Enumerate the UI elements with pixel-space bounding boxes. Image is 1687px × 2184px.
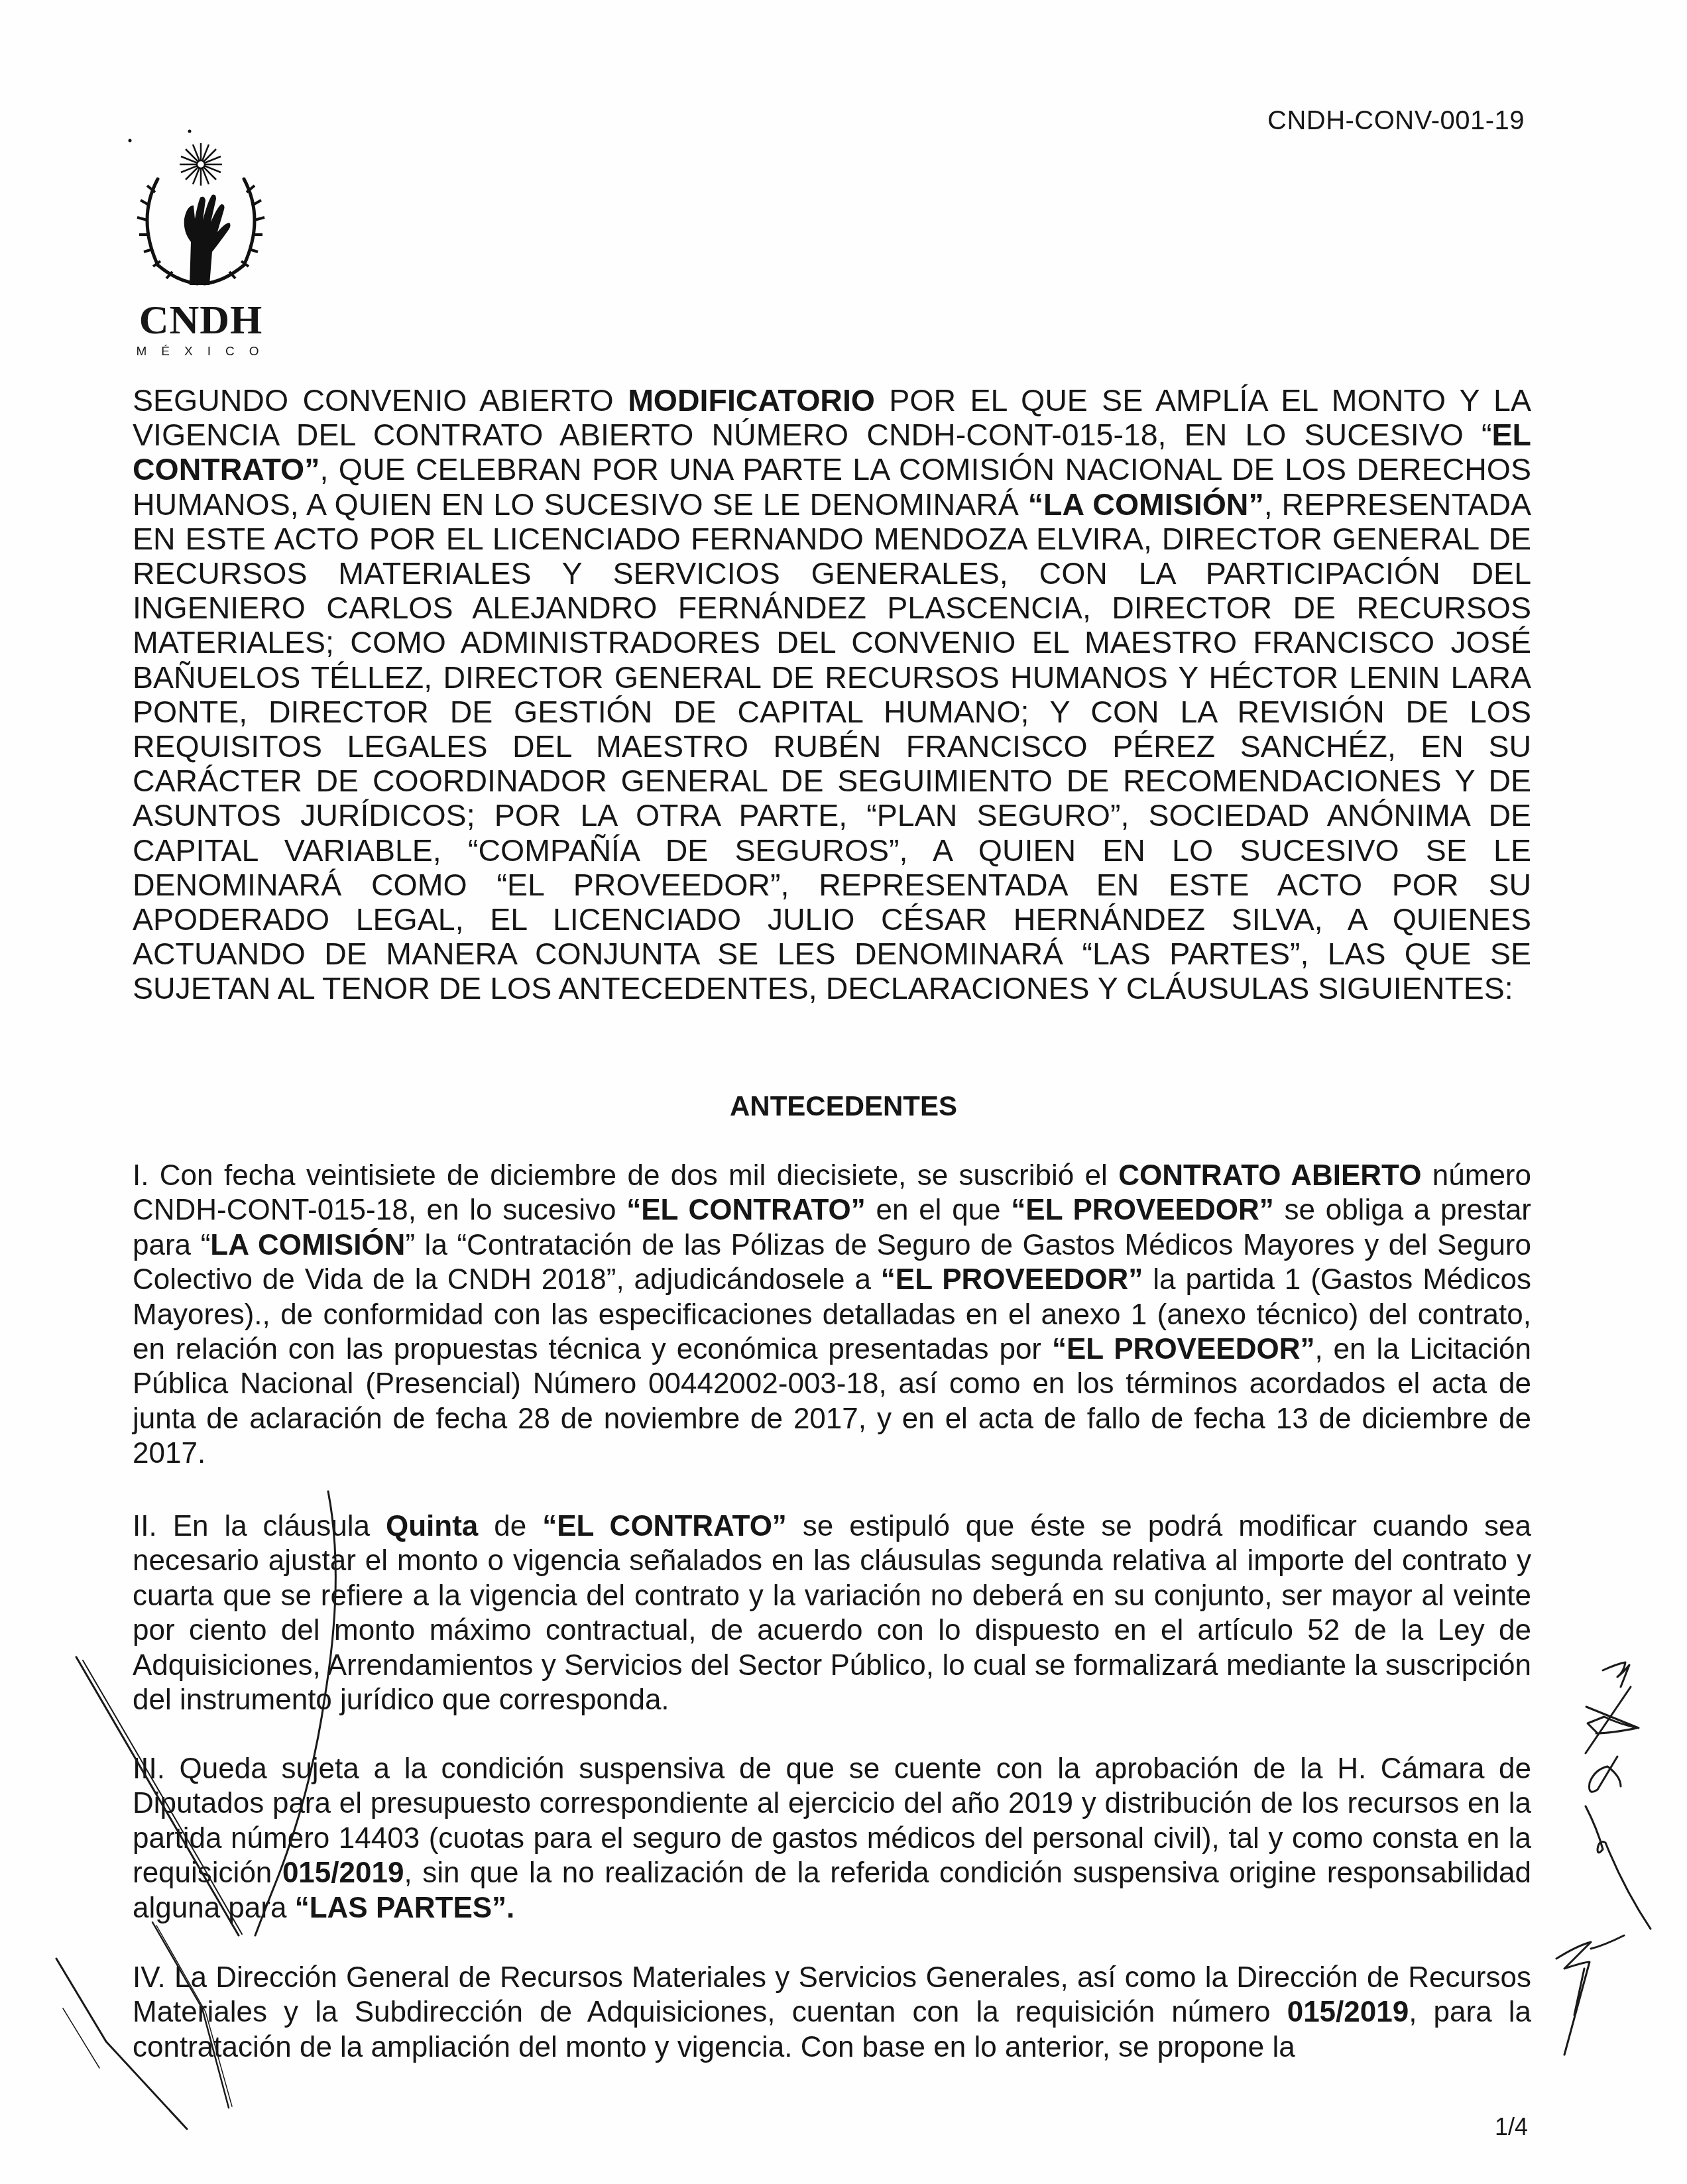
- paragraph-bold: 015/2019: [1287, 1996, 1409, 2028]
- section-heading-antecedentes: ANTECEDENTES: [0, 1090, 1687, 1122]
- initials-mark-icon: [1590, 1756, 1621, 1792]
- logo-title: CNDH: [125, 297, 277, 344]
- paragraph-text: de: [478, 1510, 542, 1542]
- initials-mark-icon: [1586, 1687, 1639, 1753]
- preamble-bold: MODIFICATORIO: [628, 383, 875, 418]
- paragraph-bold: LA COMISIÓN: [210, 1229, 405, 1261]
- document-preamble: SEGUNDO CONVENIO ABIERTO MODIFICATORIO P…: [133, 383, 1531, 1006]
- paragraph-text: II. En la cláusula: [133, 1510, 386, 1542]
- antecedente-paragraph-2: II. En la cláusula Quinta de “EL CONTRAT…: [133, 1509, 1531, 1717]
- paragraph-bold: “LAS PARTES”.: [295, 1892, 515, 1924]
- preamble-text: SEGUNDO CONVENIO ABIERTO: [133, 383, 628, 418]
- antecedente-paragraph-1: I. Con fecha veintisiete de diciembre de…: [133, 1159, 1531, 1471]
- preamble-bold: “LA COMISIÓN”: [1028, 487, 1264, 522]
- paragraph-text: en el que: [866, 1194, 1012, 1226]
- paragraph-bold: “EL CONTRATO”: [626, 1194, 865, 1226]
- paragraph-bold: “EL PROVEEDOR”: [881, 1263, 1143, 1296]
- logo-subtitle: MÉXICO: [125, 345, 277, 359]
- initials-mark-icon: [1603, 1662, 1629, 1687]
- strike-line-icon: [63, 2008, 99, 2068]
- document-reference-code: CNDH-CONV-001-19: [1267, 106, 1525, 136]
- antecedente-paragraph-3: III. Queda sujeta a la condición suspens…: [133, 1752, 1531, 1925]
- paragraph-bold: “EL PROVEEDOR”: [1011, 1194, 1273, 1226]
- initials-mark-icon: [1586, 1806, 1651, 1929]
- paragraph-bold: CONTRATO ABIERTO: [1118, 1159, 1421, 1192]
- page-number: 1/4: [1495, 2113, 1528, 2141]
- paragraph-bold: Quinta: [386, 1510, 478, 1542]
- cndh-emblem-icon: [125, 126, 277, 292]
- paragraph-bold: “EL CONTRATO”: [542, 1510, 787, 1542]
- paragraph-bold: “EL PROVEEDOR”: [1052, 1333, 1315, 1365]
- cndh-logo: CNDH MÉXICO: [125, 126, 277, 365]
- paragraph-text: I. Con fecha veintisiete de diciembre de…: [133, 1159, 1118, 1192]
- antecedente-paragraph-4: IV. La Dirección General de Recursos Mat…: [133, 1961, 1531, 2065]
- paragraph-bold: 015/2019: [282, 1857, 404, 1889]
- section-heading-text: ANTECEDENTES: [730, 1090, 957, 1122]
- preamble-text: , REPRESENTADA EN ESTE ACTO POR EL LICEN…: [133, 487, 1531, 1006]
- initials-mark-icon: [1556, 1935, 1624, 2055]
